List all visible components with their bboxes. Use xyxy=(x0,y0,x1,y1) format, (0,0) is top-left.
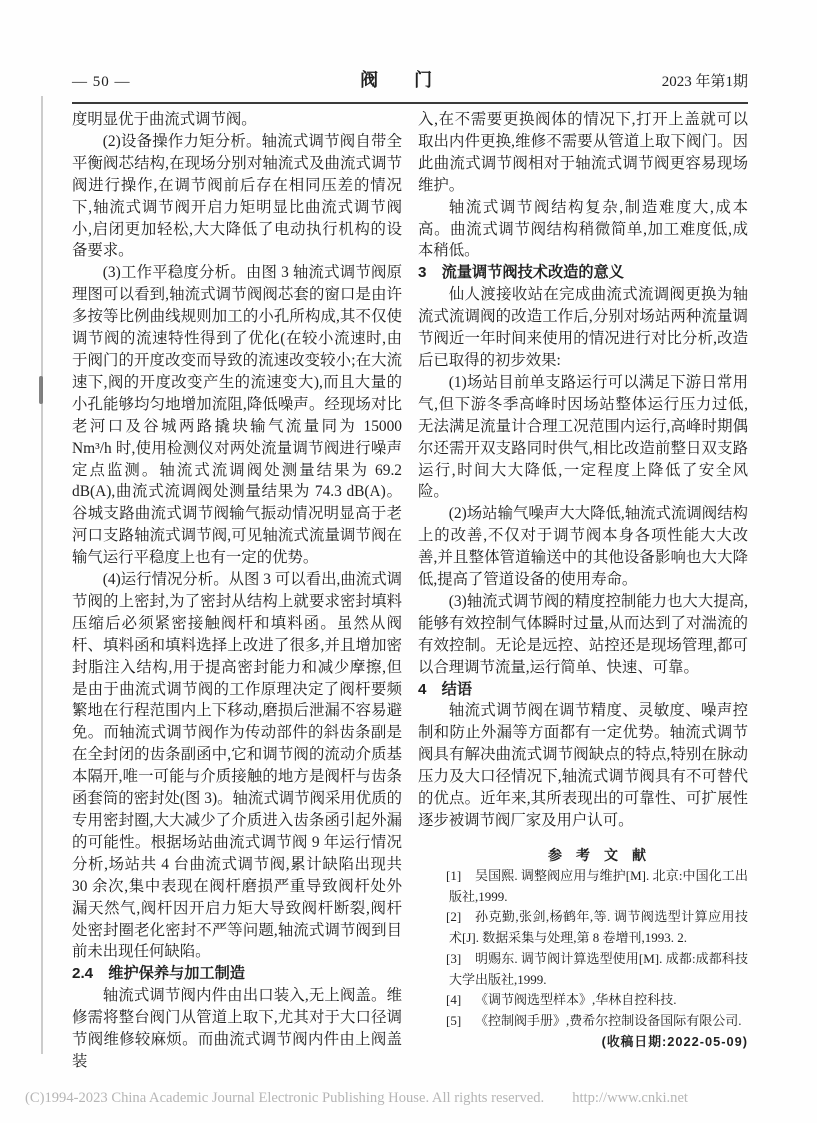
reference-item: [1] 吴国熙. 调整阀应用与维护[M]. 北京:中国化工出版社,1999. xyxy=(418,866,748,908)
journal-page: — 50 — 阀 门 2023 年第1期 度明显优于曲流式调节阀。 (2)设备操… xyxy=(0,0,817,1123)
article-body: 度明显优于曲流式调节阀。 (2)设备操作力矩分析。轴流式调节阀自带全平衡阀芯结构… xyxy=(72,109,748,1073)
paragraph: (3)轴流式调节阀的精度控制能力也大大提高,能够有效控制气体瞬时过量,从而达到了… xyxy=(418,591,748,679)
cnki-url: http://www.cnki.net xyxy=(572,1090,688,1106)
reference-text: 孙克勤,张剑,杨鹤年,等. 调节阀选型计算应用技术[J]. 数据采集与处理,第 … xyxy=(449,909,748,945)
paragraph: (1)场站目前单支路运行可以满足下游日常用气,但下游冬季高峰时因场站整体运行压力… xyxy=(418,372,748,503)
reference-item: [3] 明赐东. 调节阀计算选型使用[M]. 成都:成都科技大学出版社,1999… xyxy=(418,949,748,991)
paragraph: (2)设备操作力矩分析。轴流式调节阀自带全平衡阀芯结构,在现场分别对轴流式及曲流… xyxy=(72,131,402,262)
paragraph: 轴流式调节阀在调节精度、灵敏度、噪声控制和防止外漏等方面都有一定优势。轴流式调节… xyxy=(418,700,748,831)
issue-label: 2023 年第1期 xyxy=(662,70,748,91)
paragraph: (2)场站输气噪声大大降低,轴流式流调阀结构上的改善,不仅对于调节阀本身各项性能… xyxy=(418,503,748,591)
scan-artifact-smudge xyxy=(39,376,43,404)
section-heading-4: 4 结语 xyxy=(418,679,748,701)
page-number: — 50 — xyxy=(72,74,131,91)
watermark-footer: (C)1994-2023 China Academic Journal Elec… xyxy=(25,1090,795,1107)
reference-text: 《调节阀选型样本》,华林自控科技. xyxy=(475,992,677,1007)
page-header: — 50 — 阀 门 2023 年第1期 xyxy=(72,66,748,104)
paragraph: 度明显优于曲流式调节阀。 xyxy=(72,109,402,131)
scan-artifact-line xyxy=(41,96,43,1054)
reference-text: 明赐东. 调节阀计算选型使用[M]. 成都:成都科技大学出版社,1999. xyxy=(449,951,748,987)
paragraph: 入,在不需要更换阀体的情况下,打开上盖就可以取出内件更换,维修不需要从管道上取下… xyxy=(418,109,748,197)
reference-item: [5] 《控制阀手册》,费希尔控制设备国际有限公司. xyxy=(418,1011,748,1032)
paragraph: (4)运行情况分析。从图 3 可以看出,曲流式调节阀的上密封,为了密封从结构上就… xyxy=(72,569,402,963)
reference-text: 吴国熙. 调整阀应用与维护[M]. 北京:中国化工出版社,1999. xyxy=(449,868,748,904)
paragraph: 轴流式调节阀内件由出口装入,无上阀盖。维修需将整台阀门从管道上取下,尤其对于大口… xyxy=(72,985,402,1073)
left-column: 度明显优于曲流式调节阀。 (2)设备操作力矩分析。轴流式调节阀自带全平衡阀芯结构… xyxy=(72,109,402,1073)
reference-label: [2] xyxy=(420,907,461,928)
reference-text: 《控制阀手册》,费希尔控制设备国际有限公司. xyxy=(475,1013,742,1028)
reference-item: [2] 孙克勤,张剑,杨鹤年,等. 调节阀选型计算应用技术[J]. 数据采集与处… xyxy=(418,907,748,949)
received-date: (收稿日期:2022-05-09) xyxy=(418,1032,748,1053)
journal-title: 阀 门 xyxy=(360,66,432,92)
references-section: 参 考 文 献 [1] 吴国熙. 调整阀应用与维护[M]. 北京:中国化工出版社… xyxy=(418,845,748,1053)
reference-label: [4] xyxy=(420,990,461,1011)
reference-item: [4] 《调节阀选型样本》,华林自控科技. xyxy=(418,990,748,1011)
paragraph: (3)工作平稳度分析。由图 3 轴流式调节阀原理图可以看到,轴流式调节阀阀芯套的… xyxy=(72,262,402,569)
references-title: 参 考 文 献 xyxy=(418,845,748,866)
reference-label: [3] xyxy=(420,949,461,970)
copyright-text: (C)1994-2023 China Academic Journal Elec… xyxy=(25,1090,544,1106)
paragraph: 仙人渡接收站在完成曲流式流调阀更换为轴流式流调阀的改造工作后,分别对场站两种流量… xyxy=(418,284,748,372)
paragraph: 轴流式调节阀结构复杂,制造难度大,成本高。曲流式调节阀结构稍微简单,加工难度低,… xyxy=(418,197,748,263)
right-column: 入,在不需要更换阀体的情况下,打开上盖就可以取出内件更换,维修不需要从管道上取下… xyxy=(418,109,748,1073)
reference-label: [1] xyxy=(420,866,461,887)
section-heading-3: 3 流量调节阀技术改造的意义 xyxy=(418,262,748,284)
reference-label: [5] xyxy=(420,1011,461,1032)
section-heading-2-4: 2.4 维护保养与加工制造 xyxy=(72,963,402,985)
